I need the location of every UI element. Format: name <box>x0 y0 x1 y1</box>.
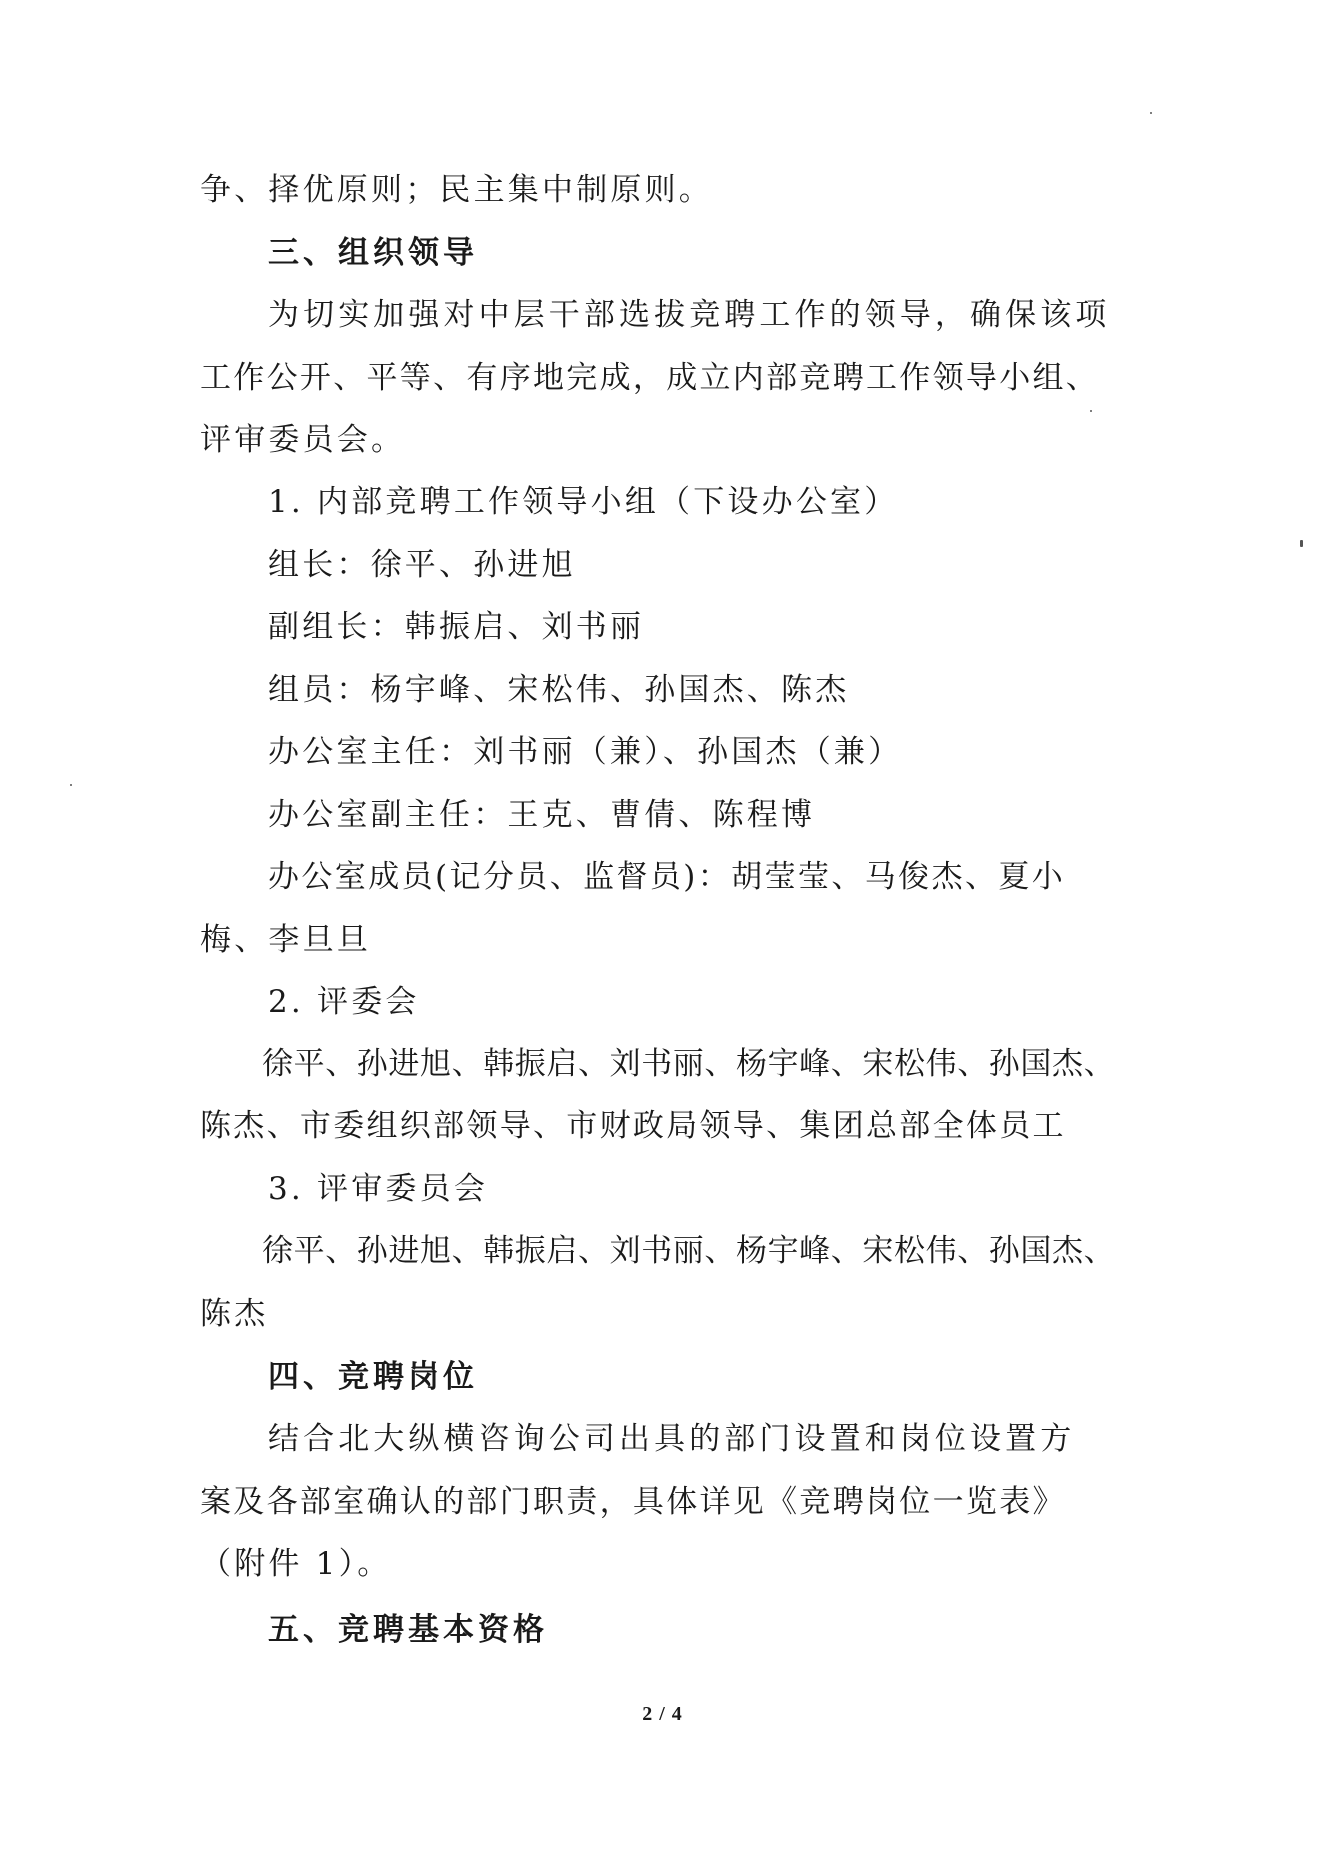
subheading-review-committee: 3. 评审委员会 <box>268 1169 1198 1209</box>
section-heading-organization: 三、组织领导 <box>268 233 1198 273</box>
paragraph-organization-line-2: 工作公开、平等、有序地完成，成立内部竞聘工作领导小组、 <box>200 358 1130 398</box>
text-deputy-group-leader: 副组长：韩振启、刘书丽 <box>268 607 1198 647</box>
text-office-director: 办公室主任：刘书丽（兼）、孙国杰（兼） <box>268 732 1198 772</box>
subheading-leadership-group: 1. 内部竞聘工作领导小组（下设办公室） <box>268 482 1198 522</box>
text-evaluation-panel-members-line-1: 徐平、孙进旭、韩振启、刘书丽、杨宇峰、宋松伟、孙国杰、 <box>262 1044 1192 1084</box>
paragraph-organization-line-1: 为切实加强对中层干部选拔竞聘工作的领导，确保该项 <box>268 295 1198 335</box>
document-page: 争、择优原则；民主集中制原则。 三、组织领导 为切实加强对中层干部选拔竞聘工作的… <box>0 0 1325 1870</box>
paragraph-positions-line-2: 案及各部室确认的部门职责，具体详见《竞聘岗位一览表》 <box>200 1482 1130 1522</box>
text-review-committee-members-line-2: 陈杰 <box>200 1294 1130 1334</box>
text-office-members-line-2: 梅、李旦旦 <box>200 920 1130 960</box>
text-evaluation-panel-members-line-2: 陈杰、市委组织部领导、市财政局领导、集团总部全体员工 <box>200 1106 1130 1146</box>
text-line-principles-end: 争、择优原则；民主集中制原则。 <box>200 170 1130 210</box>
scan-speck <box>1300 540 1303 547</box>
text-group-leader: 组长：徐平、孙进旭 <box>268 545 1198 585</box>
scan-speck <box>70 784 72 786</box>
text-group-members: 组员：杨宇峰、宋松伟、孙国杰、陈杰 <box>268 670 1198 710</box>
text-review-committee-members-line-1: 徐平、孙进旭、韩振启、刘书丽、杨宇峰、宋松伟、孙国杰、 <box>262 1231 1192 1271</box>
scan-speck <box>1150 112 1152 114</box>
section-heading-positions: 四、竞聘岗位 <box>268 1357 1198 1397</box>
paragraph-positions-line-1: 结合北大纵横咨询公司出具的部门设置和岗位设置方 <box>268 1419 1198 1459</box>
text-office-deputy-director: 办公室副主任：王克、曹倩、陈程博 <box>268 795 1198 835</box>
section-heading-qualifications: 五、竞聘基本资格 <box>268 1610 1198 1650</box>
page-number: 2 / 4 <box>0 1703 1325 1726</box>
paragraph-organization-line-3: 评审委员会。 <box>200 420 1130 460</box>
text-office-members-line-1: 办公室成员(记分员、监督员)：胡莹莹、马俊杰、夏小 <box>268 857 1198 897</box>
subheading-evaluation-panel: 2. 评委会 <box>268 982 1198 1022</box>
scan-speck <box>1090 410 1092 412</box>
paragraph-positions-line-3: （附件 1）。 <box>200 1544 1130 1584</box>
